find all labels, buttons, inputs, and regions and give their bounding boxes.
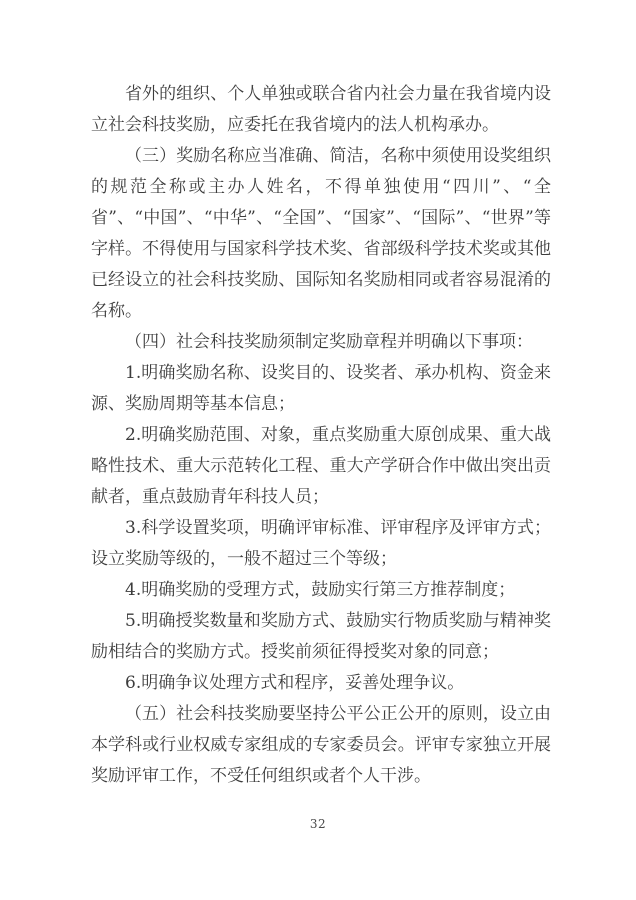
paragraph: 3.科学设置奖项，明确评审标准、评审程序及评审方式；设立奖励等级的，一般不超过三… — [91, 513, 551, 575]
paragraph: 6.明确争议处理方式和程序，妥善处理争议。 — [91, 668, 551, 699]
paragraph: （三）奖励名称应当准确、简洁，名称中须使用设奖组织的规范全称或主办人姓名，不得单… — [91, 141, 551, 327]
paragraph: （四）社会科技奖励须制定奖励章程并明确以下事项： — [91, 327, 551, 358]
document-body: 省外的组织、个人单独或联合省内社会力量在我省境内设立社会科技奖励，应委托在我省境… — [91, 79, 551, 792]
paragraph: 4.明确奖励的受理方式，鼓励实行第三方推荐制度； — [91, 575, 551, 606]
paragraph: 省外的组织、个人单独或联合省内社会力量在我省境内设立社会科技奖励，应委托在我省境… — [91, 79, 551, 141]
document-page: 省外的组织、个人单独或联合省内社会力量在我省境内设立社会科技奖励，应委托在我省境… — [0, 0, 636, 900]
page-number: 32 — [0, 817, 636, 831]
paragraph: 2.明确奖励范围、对象，重点奖励重大原创成果、重大战略性技术、重大示范转化工程、… — [91, 420, 551, 513]
paragraph: 5.明确授奖数量和奖励方式、鼓励实行物质奖励与精神奖励相结合的奖励方式。授奖前须… — [91, 606, 551, 668]
paragraph: 1.明确奖励名称、设奖目的、设奖者、承办机构、资金来源、奖励周期等基本信息； — [91, 358, 551, 420]
paragraph: （五）社会科技奖励要坚持公平公正公开的原则，设立由本学科或行业权威专家组成的专家… — [91, 699, 551, 792]
